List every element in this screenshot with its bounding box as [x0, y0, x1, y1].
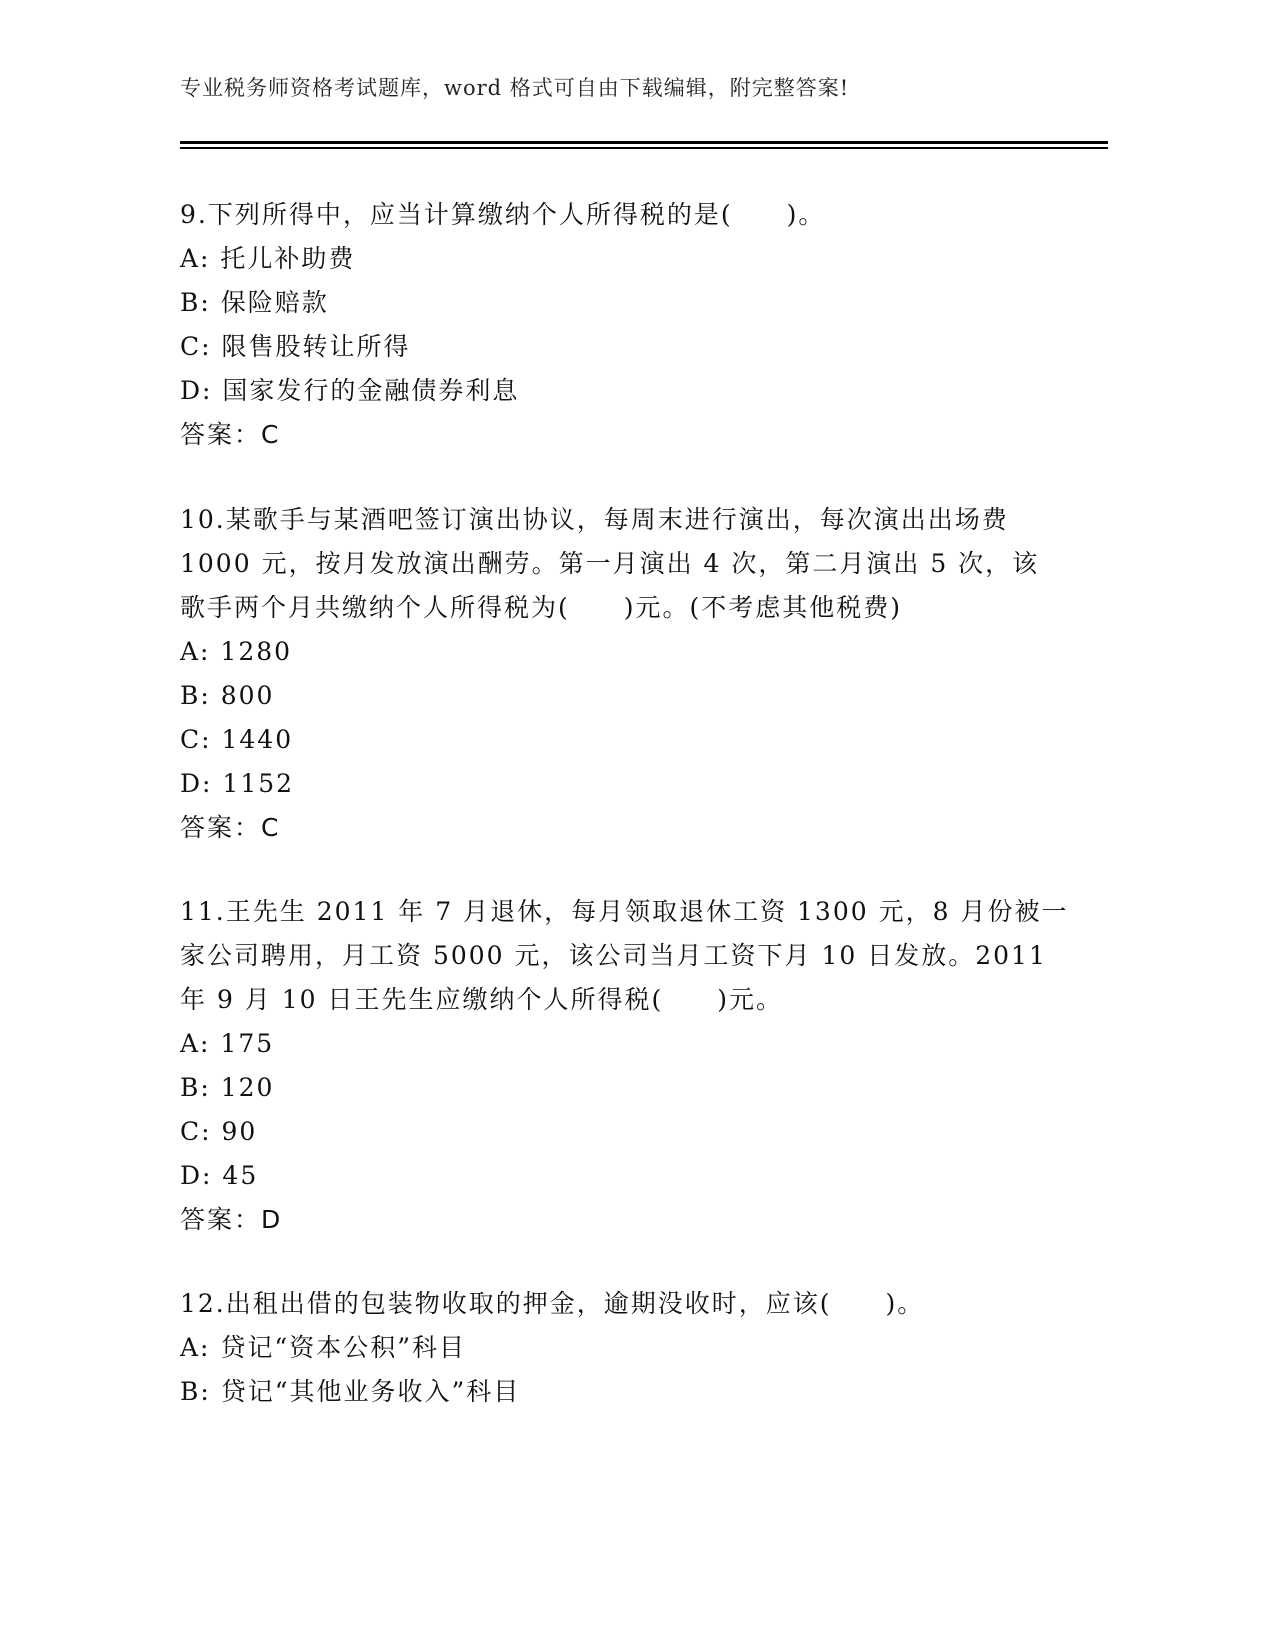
question-11: 11.王先生 2011 年 7 月退休，每月领取退休工资 1300 元，8 月份… — [180, 890, 1040, 1242]
option-c: C: 限售股转让所得 — [180, 325, 1040, 369]
question-stem-line-2: 1000 元，按月发放演出酬劳。第一月演出 4 次，第二月演出 5 次，该 — [180, 542, 1040, 586]
question-stem-line-3: 歌手两个月共缴纳个人所得税为( )元。(不考虑其他税费) — [180, 586, 1040, 630]
header-divider-thin — [180, 147, 1108, 149]
option-b: B: 贷记“其他业务收入”科目 — [180, 1370, 1040, 1414]
option-a: A: 1280 — [180, 630, 1040, 674]
option-b: B: 保险赔款 — [180, 281, 1040, 325]
question-stem-line-2: 家公司聘用，月工资 5000 元，该公司当月工资下月 10 日发放。2011 — [180, 934, 1040, 978]
option-c: C: 1440 — [180, 718, 1040, 762]
answer: 答案：C — [180, 806, 1040, 850]
option-d: D: 国家发行的金融债券利息 — [180, 369, 1040, 413]
option-d: D: 1152 — [180, 762, 1040, 806]
header-divider-thick — [180, 141, 1108, 144]
option-a: A: 托儿补助费 — [180, 237, 1040, 281]
question-10: 10.某歌手与某酒吧签订演出协议，每周末进行演出，每次演出出场费 1000 元，… — [180, 498, 1040, 850]
question-12: 12.出租出借的包装物收取的押金，逾期没收时，应该( )。 A: 贷记“资本公积… — [180, 1282, 1040, 1414]
option-a: A: 贷记“资本公积”科目 — [180, 1326, 1040, 1370]
option-a: A: 175 — [180, 1022, 1040, 1066]
question-9: 9.下列所得中，应当计算缴纳个人所得税的是( )。 A: 托儿补助费 B: 保险… — [180, 193, 1040, 457]
question-stem: 9.下列所得中，应当计算缴纳个人所得税的是( )。 — [180, 193, 1040, 237]
question-stem-line-1: 10.某歌手与某酒吧签订演出协议，每周末进行演出，每次演出出场费 — [180, 498, 1040, 542]
answer: 答案：C — [180, 413, 1040, 457]
option-b: B: 120 — [180, 1066, 1040, 1110]
answer: 答案：D — [180, 1198, 1040, 1242]
question-stem-line-3: 年 9 月 10 日王先生应缴纳个人所得税( )元。 — [180, 978, 1040, 1022]
option-c: C: 90 — [180, 1110, 1040, 1154]
option-d: D: 45 — [180, 1154, 1040, 1198]
document-header: 专业税务师资格考试题库，word 格式可自由下载编辑，附完整答案! — [180, 72, 849, 102]
question-stem: 12.出租出借的包装物收取的押金，逾期没收时，应该( )。 — [180, 1282, 1040, 1326]
option-b: B: 800 — [180, 674, 1040, 718]
question-stem-line-1: 11.王先生 2011 年 7 月退休，每月领取退休工资 1300 元，8 月份… — [180, 890, 1040, 934]
